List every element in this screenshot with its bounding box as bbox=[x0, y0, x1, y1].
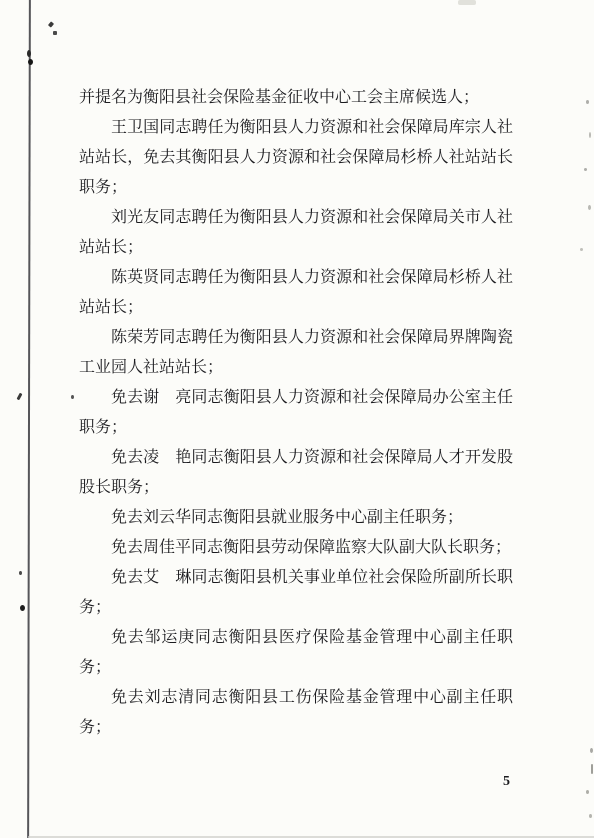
text-line: 站站长； bbox=[79, 233, 513, 263]
scan-smudge bbox=[458, 0, 476, 5]
scan-speckle bbox=[19, 571, 22, 575]
text-line: 刘光友同志聘任为衡阳县人力资源和社会保障局关市人社 bbox=[79, 203, 513, 233]
text-line: 陈荣芳同志聘任为衡阳县人力资源和社会保障局界牌陶瓷 bbox=[79, 323, 513, 353]
text-line: 务； bbox=[79, 653, 513, 683]
text-line: 免去刘志清同志衡阳县工伤保险基金管理中心副主任职 bbox=[79, 683, 513, 713]
text-line: 免去凌 艳同志衡阳县人力资源和社会保障局人才开发股 bbox=[79, 443, 513, 473]
text-line: 免去艾 琳同志衡阳县机关事业单位社会保险所副所长职 bbox=[79, 563, 513, 593]
text-line: 站站长； bbox=[79, 293, 513, 323]
scan-speckle bbox=[580, 248, 583, 251]
text-line: 并提名为衡阳县社会保险基金征收中心工会主席候选人； bbox=[79, 83, 513, 113]
scan-speckle bbox=[48, 21, 54, 27]
text-line: 免去刘云华同志衡阳县就业服务中心副主任职务； bbox=[79, 503, 513, 533]
scan-speckle bbox=[17, 393, 23, 401]
scan-speckle bbox=[590, 748, 593, 753]
text-line: 股长职务； bbox=[79, 473, 513, 503]
scan-speckle bbox=[591, 764, 593, 774]
text-line: 免去周佳平同志衡阳县劳动保障监察大队副大队长职务； bbox=[79, 533, 513, 563]
scan-speckle bbox=[584, 168, 587, 171]
text-line: 免去谢 亮同志衡阳县人力资源和社会保障局办公室主任 bbox=[79, 383, 513, 413]
text-line: 站站长，免去其衡阳县人力资源和社会保障局杉桥人社站站长 bbox=[79, 143, 513, 173]
scan-speckle bbox=[71, 395, 74, 399]
page-number: 5 bbox=[503, 774, 510, 790]
scan-speckle bbox=[589, 814, 592, 818]
scan-speckle bbox=[588, 205, 591, 210]
scan-speckle bbox=[28, 59, 33, 65]
scan-speckle bbox=[586, 790, 589, 794]
document-page: 并提名为衡阳县社会保险基金征收中心工会主席候选人； 王卫国同志聘任为衡阳县人力资… bbox=[0, 0, 594, 838]
text-line: 务； bbox=[79, 593, 513, 623]
text-line: 王卫国同志聘任为衡阳县人力资源和社会保障局库宗人社 bbox=[79, 113, 513, 143]
scan-speckle bbox=[20, 605, 25, 611]
left-margin-fold-line bbox=[27, 0, 31, 838]
text-line: 职务； bbox=[79, 173, 513, 203]
scan-speckle bbox=[27, 50, 31, 57]
text-line: 陈英贤同志聘任为衡阳县人力资源和社会保障局杉桥人社 bbox=[79, 263, 513, 293]
scan-speckle bbox=[53, 31, 57, 35]
document-body: 并提名为衡阳县社会保险基金征收中心工会主席候选人； 王卫国同志聘任为衡阳县人力资… bbox=[79, 83, 513, 743]
text-line: 职务； bbox=[79, 413, 513, 443]
text-line: 免去邹运庚同志衡阳县医疗保险基金管理中心副主任职 bbox=[79, 623, 513, 653]
scan-speckle bbox=[589, 132, 591, 138]
scan-speckle bbox=[586, 100, 589, 104]
text-line: 工业园人社站站长； bbox=[79, 353, 513, 383]
text-line: 务； bbox=[79, 713, 513, 743]
